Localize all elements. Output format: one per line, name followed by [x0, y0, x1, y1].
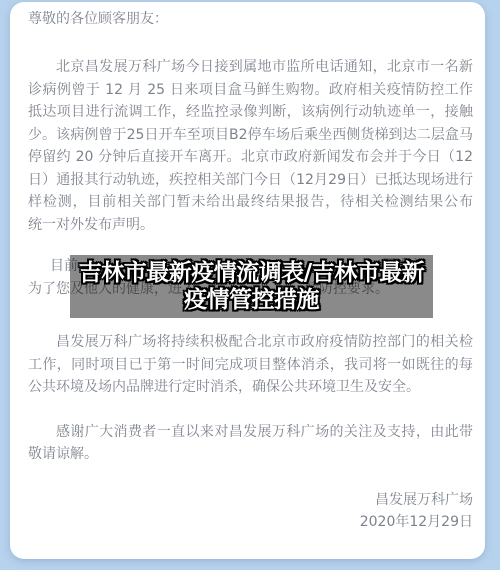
paragraph-line: 昌发展万科广场将持续积极配合北京市政府疫情防控部门的相关检查及检测 — [28, 331, 473, 354]
paragraph-line: 停留约 20 分钟后直接开车离开。北京市政府新闻发布会并于今日（12月29 — [28, 146, 473, 169]
paragraph-line: 工作，同时项目已于第一时间完成项目整体消杀，我司将一如既往的每日对场内 — [28, 354, 473, 377]
overlay-title-line1: 吉林市最新疫情流调表/吉林市最新 — [79, 260, 424, 287]
notice-page: 尊敬的各位顾客朋友： 北京昌发展万科广场今日接到属地市监所电话通知，北京市一名新… — [0, 0, 500, 570]
signature-block: 昌发展万科广场 2020年12月29日 — [28, 489, 473, 534]
overlay-title-line2: 疫情管控措施 — [184, 287, 319, 314]
paragraph-line: 少。该病例曾于25日开车至项目B2停车场后乘坐西侧货梯到达二层盒马鲜生， — [28, 124, 473, 147]
paragraph-line: 样检测，目前相关部门暂未给出最终结果报告，待相关检测结果公布后，我司将 — [28, 191, 473, 214]
paragraph-line: 敬请谅解。 — [28, 443, 473, 466]
paragraph-disinfection: 昌发展万科广场将持续积极配合北京市政府疫情防控部门的相关检查及检测 工作，同时项… — [28, 331, 473, 399]
paragraph-line: 抵达项目进行流调工作，经监控录像判断，该病例行动轨迹单一，接触人员较 — [28, 101, 473, 124]
signature-name: 昌发展万科广场 — [28, 489, 473, 512]
signature-date: 2020年12月29日 — [28, 511, 473, 534]
greeting: 尊敬的各位顾客朋友： — [28, 8, 473, 30]
paragraph-line: 公共环境及场内品牌进行定时消杀，确保公共环境卫生及安全。 — [28, 376, 473, 399]
paragraph-incident: 北京昌发展万科广场今日接到属地市监所电话通知，北京市一名新冠病毒确 诊病例曾于 … — [28, 56, 473, 236]
paragraph-thanks: 感谢广大消费者一直以来对昌发展万科广场的关注及支持，由此带来的不便 敬请谅解。 — [28, 421, 473, 466]
paragraph-line: 日）通报其行动轨迹，疾控相关部门今日（12月29日）已抵达现场进行环境采 — [28, 169, 473, 192]
paragraph-line: 统一对外发布声明。 — [28, 214, 473, 237]
paragraph-line: 北京昌发展万科广场今日接到属地市监所电话通知，北京市一名新冠病毒确 — [28, 56, 473, 79]
paragraph-line: 诊病例曾于 12 月 25 日来项目盒马鲜生购物。政府相关疫情防控工作人员随即 — [28, 79, 473, 102]
title-overlay: 吉林市最新疫情流调表/吉林市最新 疫情管控措施 — [70, 255, 433, 318]
paragraph-line: 感谢广大消费者一直以来对昌发展万科广场的关注及支持，由此带来的不便 — [28, 421, 473, 444]
